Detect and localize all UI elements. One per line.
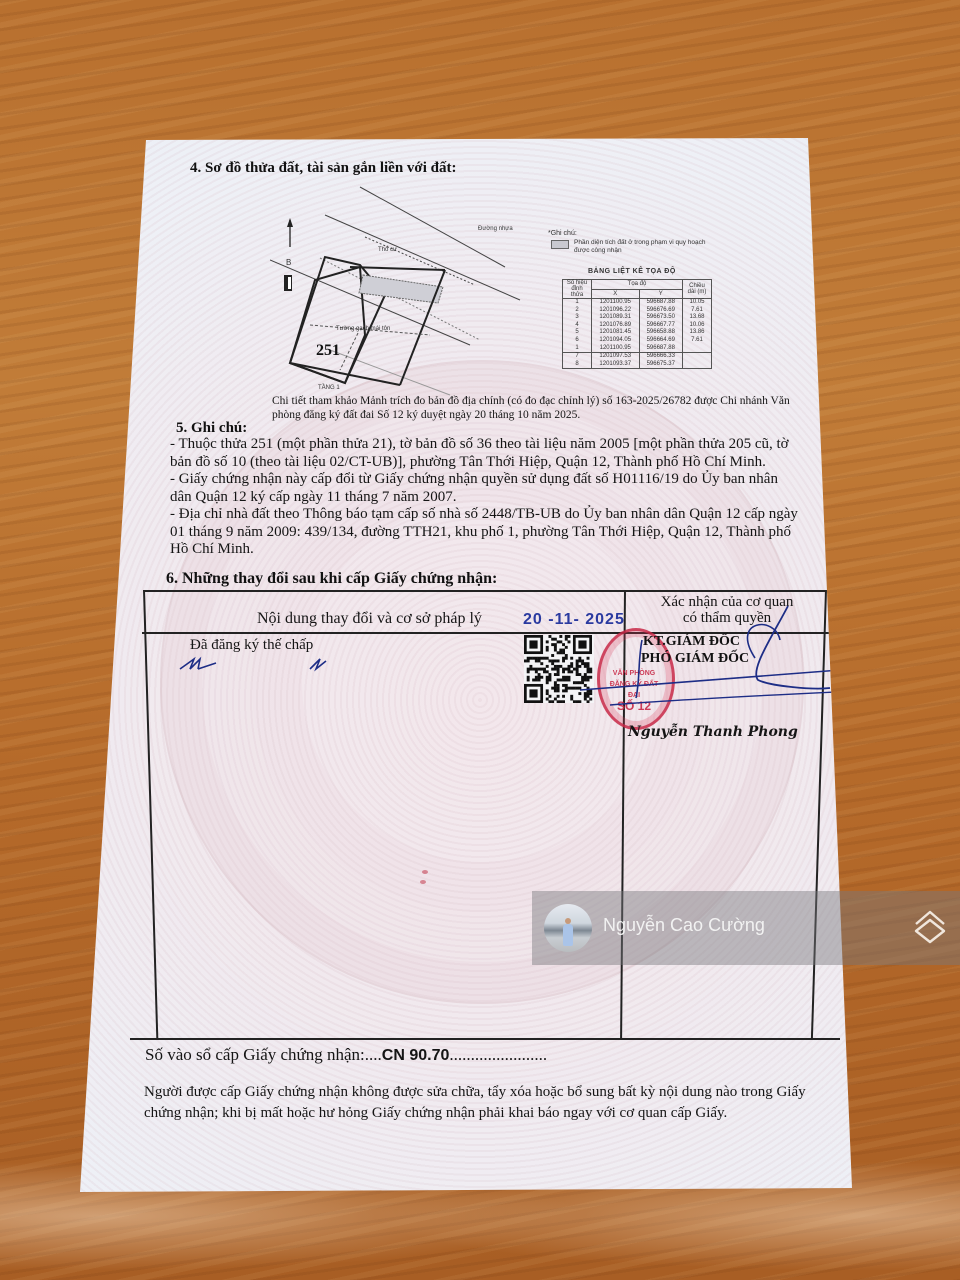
legend-title: *Ghi chú: [548, 230, 577, 237]
uploader-watermark: Nguyễn Cao Cường [532, 891, 960, 965]
change-entry: Đã đăng ký thế chấp [190, 637, 313, 655]
col-x-header: X [592, 289, 640, 299]
coord-extra-col-length [683, 353, 712, 369]
registry-value: CN 90.70 [382, 1047, 450, 1064]
note-item: - Địa chỉ nhà đất theo Thông báo tạm cấp… [170, 506, 802, 559]
notes-list: - Thuộc thửa 251 (một phần thửa 21), tờ … [170, 436, 802, 559]
coordinate-table-title: BẢNG LIỆT KÊ TỌA ĐỘ [588, 268, 676, 275]
coord-col-y: 596687.88596676.69596673.50596667.775966… [639, 299, 682, 353]
uploader-avatar[interactable] [544, 904, 592, 952]
floor-label: TẦNG 1 [318, 385, 340, 391]
coord-extra-col-y: 596666.33596675.37 [639, 353, 682, 369]
coordinate-table: Số hiệu đỉnh thửa Tọa độ Chiều dài (m) X… [562, 279, 712, 369]
certificate-page: 4. Sơ đồ thửa đất, tài sản gắn liền với … [0, 0, 960, 1280]
registry-label: Số vào sổ cấp Giấy chứng nhận:....CN 90.… [145, 1046, 547, 1065]
warning-text: Người được cấp Giấy chứng nhận không đượ… [144, 1082, 824, 1124]
coordinate-extra-rows: 781201097.531201093.37596666.33596675.37 [563, 353, 712, 369]
note-item: - Giấy chứng nhận này cấp đổi từ Giấy ch… [170, 471, 802, 506]
parcel-diagram [270, 185, 540, 400]
diagram-caption: Chi tiết tham khảo Mảnh trích đo bản đồ … [272, 394, 812, 422]
col-y-header: Y [639, 289, 682, 299]
legend-swatch [551, 240, 569, 249]
road-label: Đường nhựa [478, 226, 513, 232]
col-point-header: Số hiệu đỉnh thửa [563, 280, 592, 299]
signature-strokes [580, 600, 840, 710]
stacked-chevrons-icon [910, 910, 950, 944]
col-coords-header: Tọa độ [592, 280, 683, 290]
parcel-number: 251 [316, 342, 340, 360]
north-label: B [286, 258, 291, 267]
section4-heading: 4. Sơ đồ thửa đất, tài sản gắn liền với … [190, 160, 457, 177]
registry-label-text: Số vào sổ cấp Giấy chứng nhận: [145, 1045, 365, 1064]
coord-col-length: 10.057.6113.6810.0613.867.61 [683, 299, 712, 353]
coord-extra-col-point: 78 [563, 353, 592, 369]
coordinate-rows: 12345611201100.951201096.221201089.31120… [563, 299, 712, 353]
legend-text: Phần diện tích đất ở trong phạm vi quy h… [574, 239, 714, 255]
ink-mark [420, 880, 426, 884]
coord-col-x: 1201100.951201096.221201089.311201076.89… [592, 299, 640, 353]
col-length-header: Chiều dài (m) [683, 280, 712, 299]
coord-extra-col-x: 1201097.531201093.37 [592, 353, 640, 369]
wall-label: Tường gạch mái tôn [336, 326, 390, 332]
note-item: - Thuộc thửa 251 (một phần thửa 21), tờ … [170, 436, 802, 471]
initials-signatures [176, 655, 336, 675]
uploader-name[interactable]: Nguyễn Cao Cường [603, 915, 765, 936]
changes-col1-header: Nội dung thay đổi và cơ sở pháp lý [257, 610, 482, 628]
neighbor-label: Thổ cư [378, 247, 397, 253]
section5-heading: 5. Ghi chú: [176, 420, 247, 437]
section6-heading: 6. Những thay đổi sau khi cấp Giấy chứng… [166, 570, 497, 588]
signer-name: Nguyễn Thanh Phong [628, 724, 798, 740]
ink-mark [422, 870, 428, 874]
coord-col-point: 1234561 [563, 299, 592, 353]
